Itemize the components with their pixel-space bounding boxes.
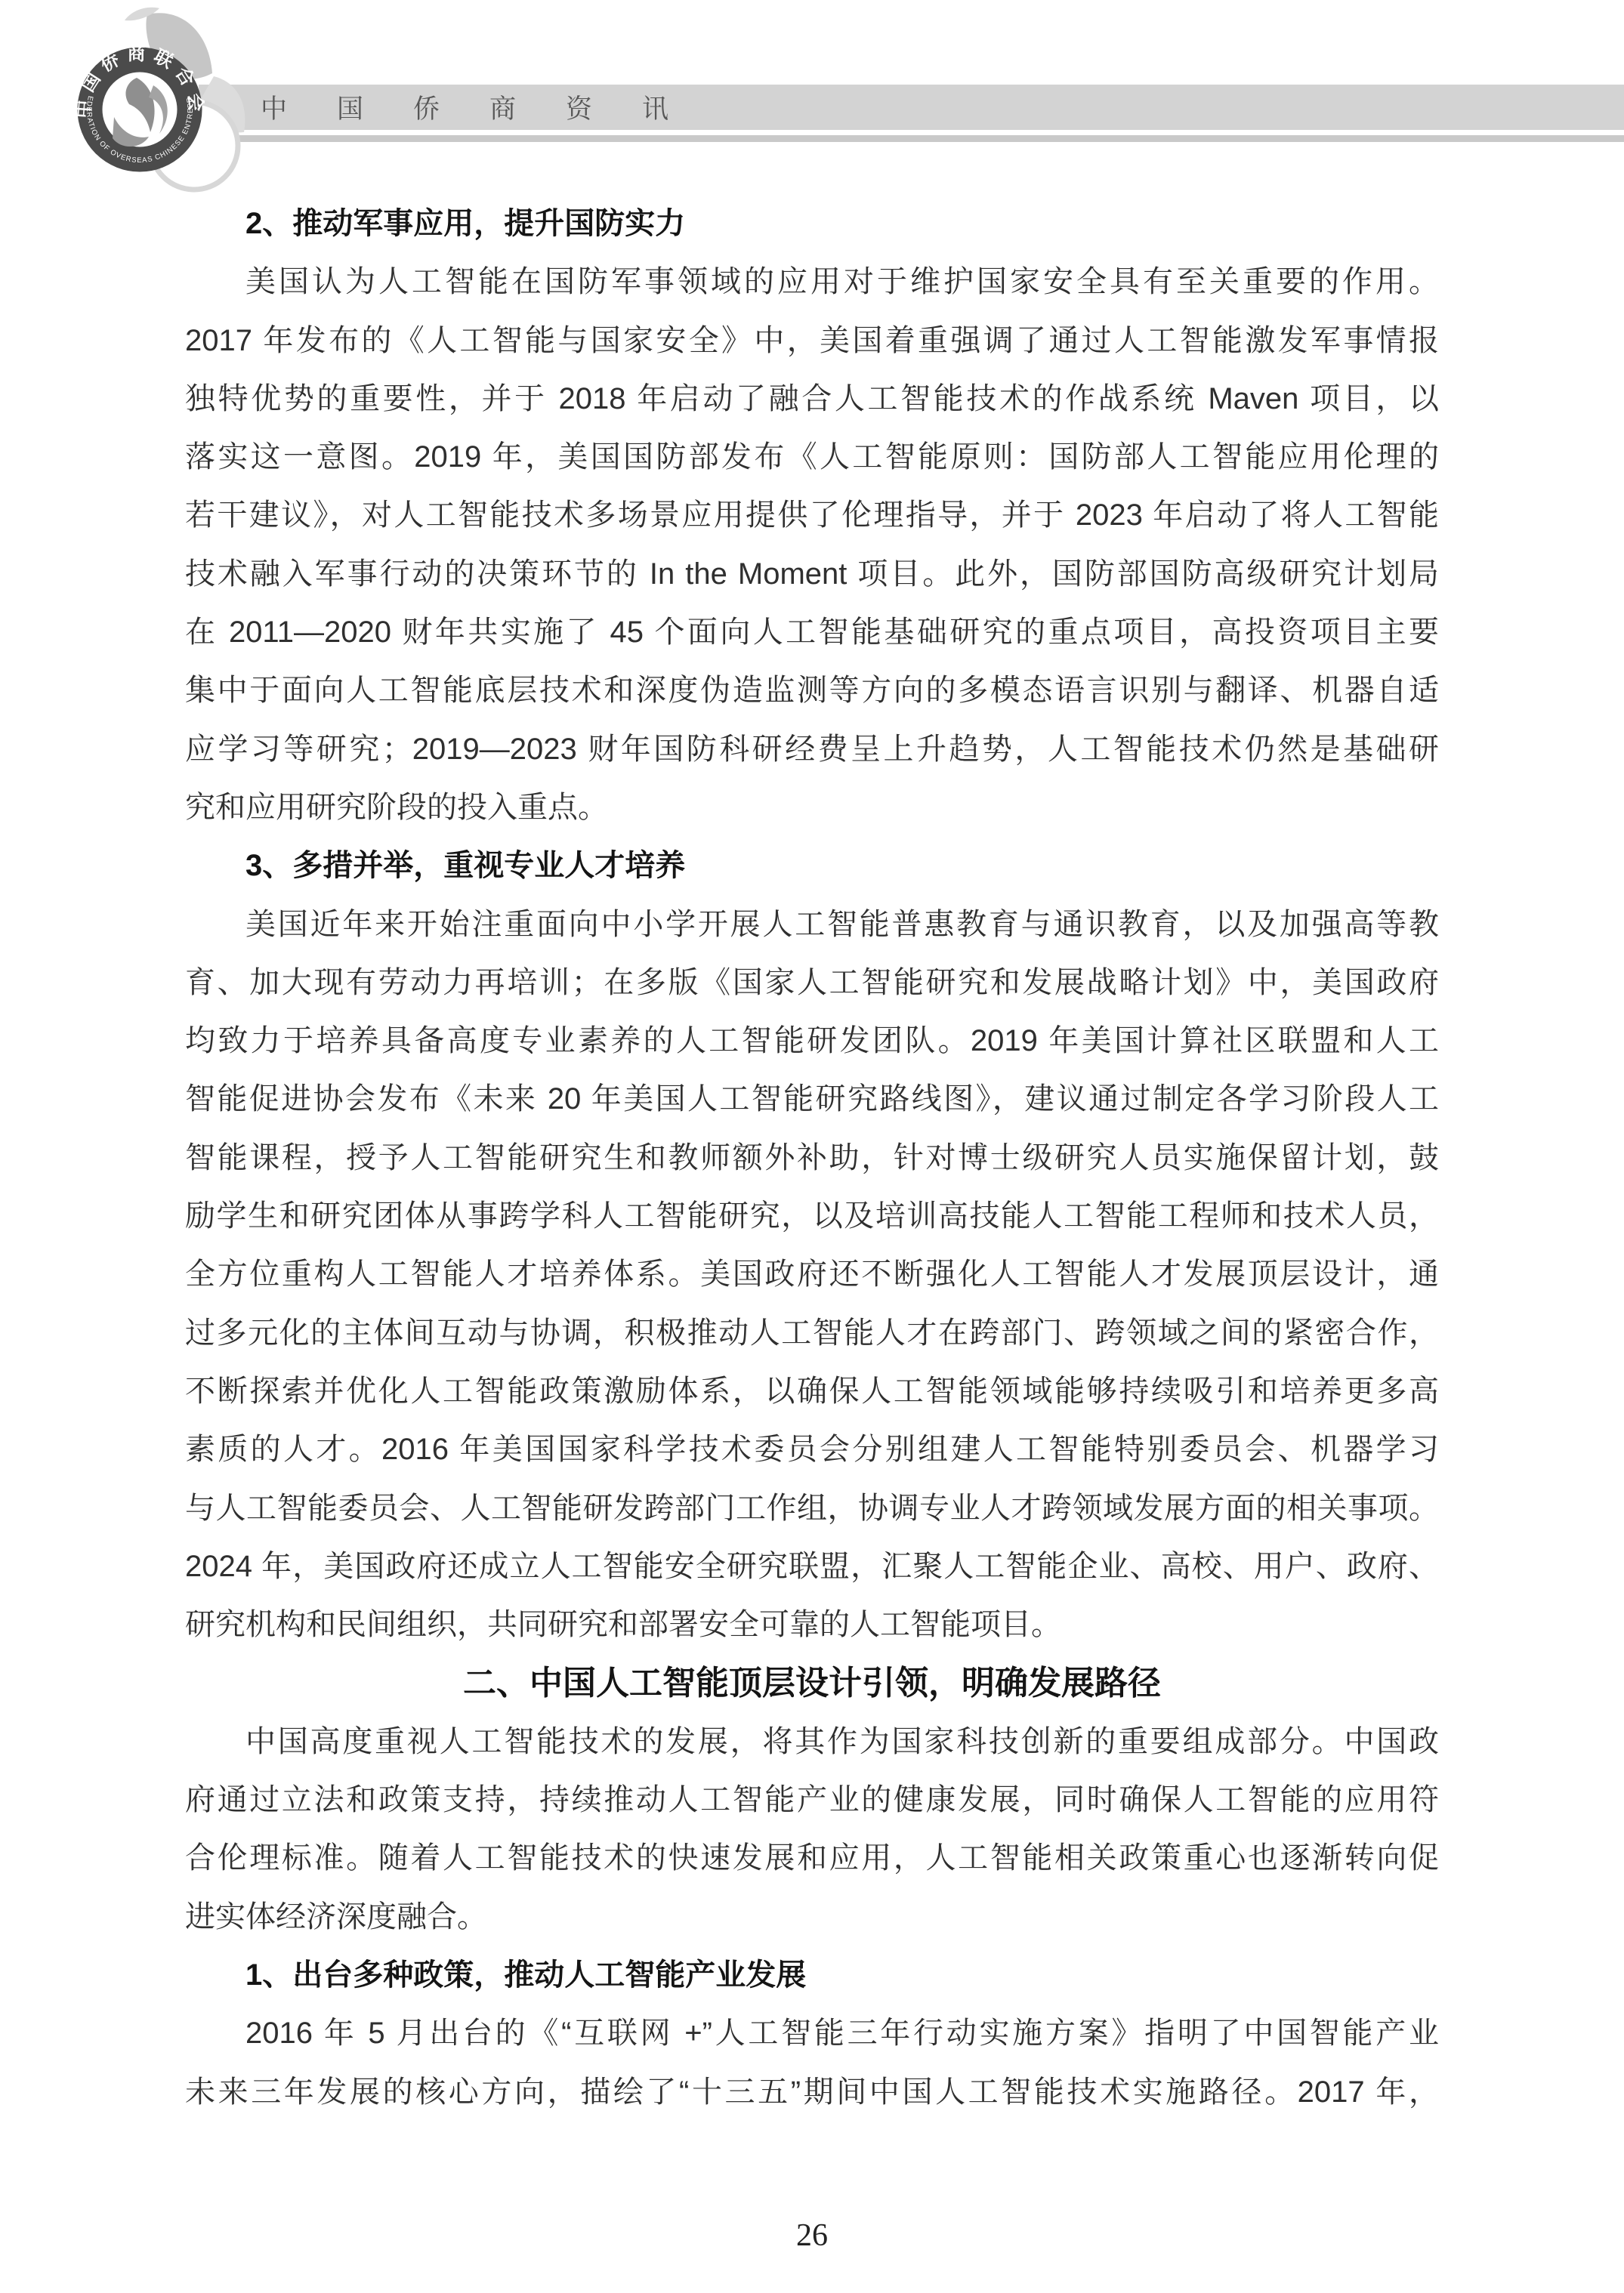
body-text-line: 府通过立法和政策支持，持续推动人工智能产业的健康发展，同时确保人工智能的应用符 [185, 1771, 1439, 1829]
body-text-line: 2024 年，美国政府还成立人工智能安全研究联盟，汇聚人工智能企业、高校、用户、… [185, 1538, 1439, 1596]
body-text-line: 未来三年发展的核心方向，描绘了“十三五”期间中国人工智能技术实施路径。2017 … [185, 2063, 1439, 2122]
body-text-line: 全方位重构人工智能人才培养体系。美国政府还不断强化人工智能人才发展顶层设计，通 [185, 1245, 1439, 1304]
header-band: 中国侨商资讯 [199, 85, 1624, 130]
body-text-line: 独特优势的重要性，并于 2018 年启动了融合人工智能技术的作战系统 Maven… [185, 370, 1439, 428]
body-text-line: 技术融入军事行动的决策环节的 In the Moment 项目。此外，国防部国防… [185, 545, 1439, 603]
body-text-line: 究和应用研究阶段的投入重点。 [185, 779, 1439, 837]
body-text-line: 励学生和研究团体从事跨学科人工智能研究，以及培训高技能人工智能工程师和技术人员， [185, 1187, 1439, 1245]
body-text-line: 落实这一意图。2019 年，美国国防部发布《人工智能原则：国防部人工智能应用伦理… [185, 428, 1439, 486]
body-text-line: 2016 年 5 月出台的《“互联网 +”人工智能三年行动实施方案》指明了中国智… [185, 2004, 1439, 2063]
body-text-line: 应学习等研究；2019—2023 财年国防科研经费呈上升趋势，人工智能技术仍然是… [185, 721, 1439, 779]
body-text-line: 若干建议》，对人工智能技术多场景应用提供了伦理指导，并于 2023 年启动了将人… [185, 486, 1439, 545]
header-band-stripe [199, 135, 1624, 142]
body-text-line: 2017 年发布的《人工智能与国家安全》中，美国着重强调了通过人工智能激发军事情… [185, 312, 1439, 370]
body-text-line: 进实体经济深度融合。 [185, 1888, 1439, 1946]
org-logo: 中国侨商联合会 CHINA FEDERATION OF OVERSEAS CHI… [34, 4, 253, 196]
body-text-line: 集中于面向人工智能底层技术和深度伪造监测等方向的多模态语言识别与翻译、机器自适 [185, 662, 1439, 720]
body-text-line: 美国近年来开始注重面向中小学开展人工智能普惠教育与通识教育，以及加强高等教 [185, 896, 1439, 954]
body-text-line: 智能课程，授予人工智能研究生和教师额外补助，针对博士级研究人员实施保留计划，鼓 [185, 1129, 1439, 1187]
body-text-line: 不断探索并优化人工智能政策激励体系，以确保人工智能领域能够持续吸引和培养更多高 [185, 1363, 1439, 1421]
subsection-heading: 2、推动军事应用，提升国防实力 [185, 195, 1439, 253]
document-body: 2、推动军事应用，提升国防实力美国认为人工智能在国防军事领域的应用对于维护国家安… [185, 195, 1439, 2122]
subsection-heading: 1、出台多种政策，推动人工智能产业发展 [185, 1946, 1439, 2004]
body-text-line: 在 2011—2020 财年共实施了 45 个面向人工智能基础研究的重点项目，高… [185, 603, 1439, 662]
body-text-line: 智能促进协会发布《未来 20 年美国人工智能研究路线图》，建议通过制定各学习阶段… [185, 1070, 1439, 1128]
body-text-line: 素质的人才。2016 年美国国家科学技术委员会分别组建人工智能特别委员会、机器学… [185, 1421, 1439, 1479]
body-text-line: 过多元化的主体间互动与协调，积极推动人工智能人才在跨部门、跨领域之间的紧密合作， [185, 1304, 1439, 1363]
body-text-line: 合伦理标准。随着人工智能技术的快速发展和应用，人工智能相关政策重心也逐渐转向促 [185, 1829, 1439, 1887]
body-text-line: 研究机构和民间组织，共同研究和部署安全可靠的人工智能项目。 [185, 1596, 1439, 1654]
body-text-line: 美国认为人工智能在国防军事领域的应用对于维护国家安全具有至关重要的作用。 [185, 253, 1439, 311]
page-number: 26 [0, 2217, 1624, 2254]
body-text-line: 育、加大现有劳动力再培训；在多版《国家人工智能研究和发展战略计划》中，美国政府 [185, 954, 1439, 1012]
subsection-heading: 3、多措并举，重视专业人才培养 [185, 837, 1439, 895]
body-text-line: 均致力于培养具备高度专业素养的人工智能研发团队。2019 年美国计算社区联盟和人… [185, 1012, 1439, 1070]
body-text-line: 与人工智能委员会、人工智能研发跨部门工作组，协调专业人才跨领域发展方面的相关事项… [185, 1480, 1439, 1538]
body-text-line: 中国高度重视人工智能技术的发展，将其作为国家科技创新的重要组成部分。中国政 [185, 1713, 1439, 1771]
header-band-title: 中国侨商资讯 [261, 88, 718, 126]
section-heading: 二、中国人工智能顶层设计引领，明确发展路径 [185, 1654, 1439, 1712]
